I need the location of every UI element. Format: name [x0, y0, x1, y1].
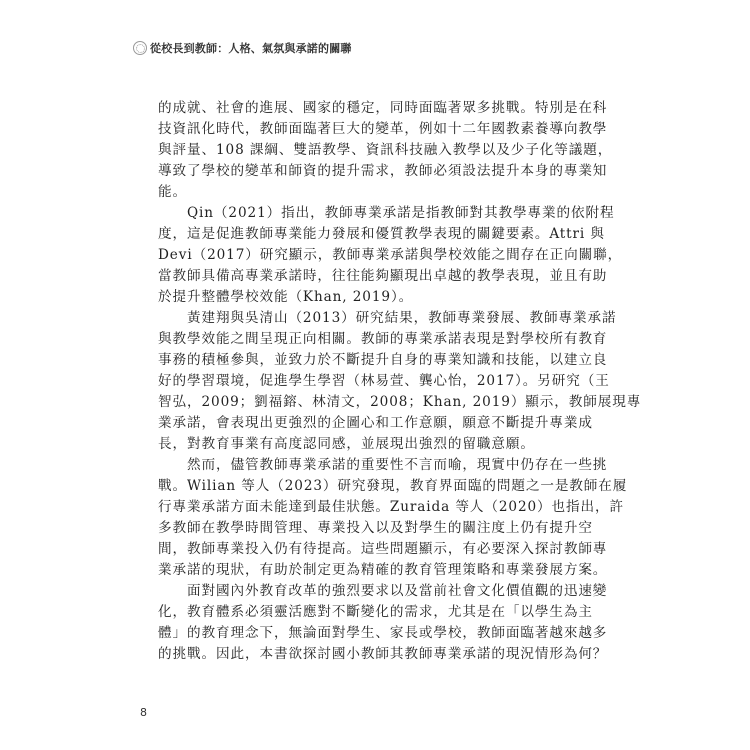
text-line: 多教師在教學時間管理、專業投入以及對學生的關注度上仍有提升空 [158, 518, 598, 539]
text-line: Devi（2017）研究顯示，教師專業承諾與學校效能之間存在正向關聯， [158, 245, 598, 266]
seal-icon [133, 41, 147, 55]
book-title: 從校長到教師：人格、氣氛與承諾的關聯 [150, 40, 352, 56]
text-line: 度，這是促進教師專業能力發展和優質教學表現的關鍵要素。Attri 與 [158, 224, 598, 245]
page-number: 8 [140, 706, 147, 719]
text-line: 技資訊化時代，教師面臨著巨大的變革，例如十二年國教素養導向教學 [158, 119, 598, 140]
text-line: 業承諾的現狀，有助於制定更為精確的教育管理策略和專業發展方案。 [158, 560, 598, 581]
text-line: 事務的積極參與，並致力於不斷提升自身的專業知識和技能，以建立良 [158, 350, 598, 371]
body-text: 的成就、社會的進展、國家的穩定，同時面臨著眾多挑戰。特別是在科 技資訊化時代，教… [158, 98, 598, 665]
text-line: 行專業承諾方面未能達到最佳狀態。Zuraida 等人（2020）也指出，許 [158, 497, 598, 518]
paragraph-4: 然而，儘管教師專業承諾的重要性不言而喻，現實中仍存在一些挑 戰。Wilian 等… [158, 455, 598, 581]
text-line: 然而，儘管教師專業承諾的重要性不言而喻，現實中仍存在一些挑 [158, 455, 598, 476]
text-line: 面對國內外教育改革的強烈要求以及當前社會文化價值觀的迅速變 [158, 581, 598, 602]
text-line: 業承諾，會表現出更強烈的企圖心和工作意願，願意不斷提升專業成 [158, 413, 598, 434]
text-line: 化，教育體系必須靈活應對不斷變化的需求，尤其是在「以學生為主 [158, 602, 598, 623]
paragraph-1: 的成就、社會的進展、國家的穩定，同時面臨著眾多挑戰。特別是在科 技資訊化時代，教… [158, 98, 598, 203]
running-header: 從校長到教師：人格、氣氛與承諾的關聯 [133, 40, 352, 56]
text-line: 導致了學校的變革和師資的提升需求，教師必須設法提升本身的專業知 [158, 161, 598, 182]
paragraph-2: Qin（2021）指出，教師專業承諾是指教師對其教學專業的依附程 度，這是促進教… [158, 203, 598, 308]
text-line: 能。 [158, 182, 598, 203]
text-line: 間，教師專業投入仍有待提高。這些問題顯示，有必要深入探討教師專 [158, 539, 598, 560]
text-line: 好的學習環境，促進學生學習（林易萱、龔心怡，2017）。另研究（王 [158, 371, 598, 392]
text-line: 於提升整體學校效能（Khan, 2019）。 [158, 287, 598, 308]
text-line: 黃建翔與吳清山（2013）研究結果，教師專業發展、教師專業承諾 [158, 308, 598, 329]
paragraph-5: 面對國內外教育改革的強烈要求以及當前社會文化價值觀的迅速變 化，教育體系必須靈活… [158, 581, 598, 665]
text-line: 戰。Wilian 等人（2023）研究發現，教育界面臨的問題之一是教師在履 [158, 476, 598, 497]
text-line: 體」的教育理念下，無論面對學生、家長或學校，教師面臨著越來越多 [158, 623, 598, 644]
text-line: 當教師具備高專業承諾時，往往能夠顯現出卓越的教學表現，並且有助 [158, 266, 598, 287]
text-line: 長，對教育事業有高度認同感，並展現出強烈的留職意願。 [158, 434, 598, 455]
text-line: 的挑戰。因此，本書欲探討國小教師其教師專業承諾的現況情形為何？ [158, 644, 598, 665]
text-line: 與評量、108 課綱、雙語教學、資訊科技融入教學以及少子化等議題， [158, 140, 598, 161]
text-line: 的成就、社會的進展、國家的穩定，同時面臨著眾多挑戰。特別是在科 [158, 98, 598, 119]
paragraph-3: 黃建翔與吳清山（2013）研究結果，教師專業發展、教師專業承諾 與教學效能之間呈… [158, 308, 598, 455]
text-line: 智弘，2009；劉福鎔、林清文，2008；Khan, 2019）顯示，教師展現專 [158, 392, 598, 413]
text-line: Qin（2021）指出，教師專業承諾是指教師對其教學專業的依附程 [158, 203, 598, 224]
text-line: 與教學效能之間呈現正向相關。教師的專業承諾表現是對學校所有教育 [158, 329, 598, 350]
